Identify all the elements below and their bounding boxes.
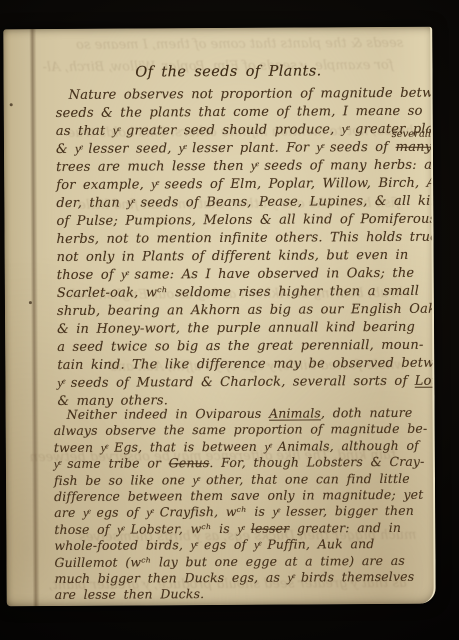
text-segment: those of yͤ same: As I have observed in … bbox=[57, 266, 415, 283]
manuscript-text-line: a seed twice so big as the great perenni… bbox=[57, 337, 429, 357]
text-segment: shrub, bearing an Akhorn as big as our E… bbox=[57, 302, 436, 319]
text-segment: . For, though Lobsters & Cray- bbox=[209, 454, 424, 470]
text-segment: seeds & the plants that come of them, I … bbox=[56, 104, 423, 121]
text-segment: those of yͤ Lobster, wᶜʰ is yͤ bbox=[54, 521, 243, 537]
manuscript-page: seeds & the plants that come of them, I … bbox=[3, 27, 436, 607]
underlined-word: Animals bbox=[269, 405, 321, 420]
manuscript-text-line: tain kind. The like difference may be ob… bbox=[57, 355, 429, 375]
manuscript-text-line: shrub, bearing an Akhorn as big as our E… bbox=[57, 301, 429, 321]
text-segment: a seed twice so big as the great perenni… bbox=[57, 338, 423, 355]
text-segment: difference between them save only in mag… bbox=[54, 487, 423, 504]
text-segment: yͤ seeds of Mustard & Charlock, severall… bbox=[57, 374, 407, 391]
text-segment: & in Honey-wort, the purple annuall kind… bbox=[57, 320, 415, 337]
manuscript-text-line: & in Honey-wort, the purple annuall kind… bbox=[57, 319, 429, 339]
manuscript-text-line: for example, yͤ seeds of Elm, Poplar, Wi… bbox=[56, 175, 428, 195]
text-segment: Guillemot (wᶜʰ lay but one egge at a tim… bbox=[54, 553, 405, 570]
manuscript-text-line: are lesse then Ducks. bbox=[55, 585, 431, 604]
manuscript-text-line: Scarlet-oak, wᶜʰ seldome rises higher th… bbox=[57, 283, 429, 303]
manuscript-text-line: Nature observes not proportion of magnit… bbox=[56, 85, 428, 105]
text-segment: & yͤ lesser seed, yͤ lesser plant. For y… bbox=[56, 140, 388, 157]
manuscript-text-line: der, than yͤ seeds of Beans, Pease, Lupi… bbox=[56, 193, 428, 213]
text-segment: Nature observes not proportion of magnit… bbox=[69, 86, 436, 103]
text-segment: herbs, not to mention infinite others. T… bbox=[56, 230, 435, 247]
text-segment: for example, yͤ seeds of Elm, Poplar, Wi… bbox=[56, 176, 436, 193]
paragraph-seeds-of-plants: Nature observes not proportion of magnit… bbox=[56, 85, 430, 411]
inserted-word: severall bbox=[392, 130, 432, 140]
text-segment: greater: and in bbox=[297, 520, 401, 536]
text-segment: always observe the same proportion of ma… bbox=[54, 421, 428, 438]
text-segment: tain kind. The like difference may be ob… bbox=[57, 356, 436, 373]
manuscript-text-line: & yͤ lesser seed, yͤ lesser plant. For y… bbox=[56, 139, 428, 159]
manuscript-text-line: yͤ seeds of Mustard & Charlock, severall… bbox=[57, 373, 429, 393]
photo-background: seeds & the plants that come of them, I … bbox=[0, 0, 459, 640]
ink-speck bbox=[29, 301, 32, 304]
manuscript-text-line: as that yͤ greater seed should produce, … bbox=[56, 121, 428, 141]
text-segment: tween yͤ Egs, that is between yͤ Animals… bbox=[54, 438, 419, 455]
text-segment: not only in Plants of different kinds, b… bbox=[57, 248, 409, 265]
text-segment: , doth nature bbox=[321, 405, 413, 421]
text-segment: trees are much lesse then yͤ seeds of ma… bbox=[56, 158, 436, 175]
text-segment: are lesse then Ducks. bbox=[55, 587, 205, 603]
text-segment: Scarlet-oak, wᶜʰ seldome rises higher th… bbox=[57, 284, 419, 301]
struck-word: Genus bbox=[169, 455, 210, 470]
struck-word: lesser bbox=[251, 520, 290, 535]
manuscript-text-line: trees are much lesse then yͤ seeds of ma… bbox=[56, 157, 428, 177]
text-segment: der, than yͤ seeds of Beans, Pease, Lupi… bbox=[56, 194, 435, 211]
manuscript-text-line: seeds & the plants that come of them, I … bbox=[56, 103, 428, 123]
manuscript-text-line: not only in Plants of different kinds, b… bbox=[57, 247, 429, 267]
bleedthrough-text: seeds & the plants that come of them, I … bbox=[3, 35, 403, 56]
text-segment: are yͤ egs of yͤ Crayfish, wᶜʰ is yͤ les… bbox=[54, 503, 414, 520]
scribal-correction: severallmany bbox=[396, 139, 433, 157]
text-segment: Neither indeed in Oviparous bbox=[67, 406, 262, 422]
text-segment: as that yͤ greater seed should produce, … bbox=[56, 122, 436, 139]
text-segment: much bigger then Ducks egs, as yͤ birds … bbox=[55, 569, 415, 586]
manuscript-text-line: much bigger then Ducks egs, as yͤ birds … bbox=[55, 569, 431, 588]
text-segment: yͤ same tribe or bbox=[54, 456, 161, 472]
text-segment: fish be so like one yͤ other, that one c… bbox=[54, 470, 410, 487]
ink-speck bbox=[10, 103, 13, 106]
underlined-word: Lotus bbox=[415, 374, 436, 389]
text-segment: of Pulse; Pumpions, Melons & all kind of… bbox=[56, 212, 435, 229]
text-segment: whole-footed birds, yͤ egs of yͤ Puffin,… bbox=[54, 536, 374, 553]
manuscript-text-line: herbs, not to mention infinite others. T… bbox=[56, 229, 428, 249]
paragraph-oviparous-animals: Neither indeed in Oviparous Animals, dot… bbox=[54, 405, 431, 604]
struck-word: many bbox=[396, 140, 433, 155]
manuscript-text-line: of Pulse; Pumpions, Melons & all kind of… bbox=[56, 211, 428, 231]
manuscript-text-line: those of yͤ same: As I have observed in … bbox=[57, 265, 429, 285]
page-title: Of the seeds of Plants. bbox=[103, 63, 353, 81]
